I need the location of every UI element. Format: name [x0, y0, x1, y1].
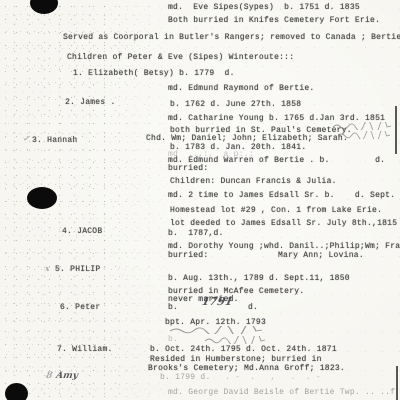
typed-text-line: Children: Duncan Francis & Julia. [170, 177, 337, 186]
typed-text-line: 3. Hannah [32, 136, 77, 145]
typed-text-line: 7. William. [57, 345, 113, 354]
ink-blot [5, 383, 28, 400]
ink-blot [30, 0, 58, 14]
typed-text-line: lot deeded to James Edsall Sr. July 8th.… [170, 219, 397, 228]
typed-text-line: Served as Coorporal in Butler's Rangers;… [63, 33, 400, 42]
typed-text-line: Homestead lot #29 , Con. 1 from Lake Eri… [170, 206, 382, 215]
scan-edge-mark [396, 366, 398, 400]
ink-blot [27, 187, 57, 209]
scanned-page: md. Eve Sipes(Sypes) b. 1751 d. 1835Both… [0, 0, 400, 400]
typed-text-line: md. 2 time to James Edsall Sr. b. d. Sep… [168, 191, 400, 200]
typed-text-line: 2. James . [65, 98, 116, 107]
typed-text-line: burried: [168, 164, 208, 173]
typed-text-line: Resided in Humberstone; burried in [150, 355, 322, 364]
typed-text-line: b. Aug. 13th., 1789 d. Sept.11, 1850 [168, 274, 350, 283]
typed-text-line: md. Dorothy Young ;whd. Danil..;Philip;W… [168, 242, 400, 251]
typed-text-line: b. 1799 d. [160, 373, 211, 382]
typed-text-line: b. 1787,d. [168, 229, 224, 238]
typed-text-line: 6. Peter [60, 303, 100, 312]
typed-text-line: Mary Ann; Lovina. [278, 251, 364, 260]
typed-text-line: b. [168, 335, 178, 344]
typed-text-line: Both burried in Knifes Cemetery Fort Eri… [168, 16, 380, 25]
typed-text-line: Brooks's Cemetery; Md.Anna Groff; 1823. [148, 364, 345, 373]
typed-text-line: Chd. Wm; Daniel; John; Elizabeth; Sarah. [146, 134, 348, 143]
typed-text-line: 1. Elizabeth( Betsy) b. 1779 d. [73, 69, 235, 78]
typed-text-line: 5. PHILIP [55, 265, 100, 274]
handwritten-annotation: ✓ [22, 134, 30, 143]
typed-text-line: d. [248, 303, 258, 312]
typed-text-line: md. George David Beisle of Bertie Twp. .… [168, 388, 395, 397]
typed-text-line: b. 1762 d. June 27th. 1858 [170, 100, 301, 109]
handwriting-squiggle [338, 131, 390, 139]
typed-text-line: md. Edmund Raymond of Bertie. [168, 84, 314, 93]
handwriting-squiggle [333, 122, 391, 130]
typed-text-line: Children of Peter & Eve (Sipes) Winterou… [67, 53, 294, 62]
handwritten-annotation: 8 [45, 372, 53, 381]
handwritten-annotation: x [44, 264, 50, 273]
typed-text-line: b. [168, 303, 178, 312]
typed-text-line: burried: [168, 251, 208, 260]
handwriting-squiggle [170, 326, 262, 334]
typed-text-line: md. Eve Sipes(Sypes) b. 1751 d. 1835 [168, 3, 360, 12]
typed-text-line: b. Oct. 24th. 1795 d. Oct. 24th. 1871 [150, 345, 337, 354]
handwritten-annotation: 1791 [201, 297, 233, 306]
handwriting-squiggle [205, 336, 265, 344]
scan-edge-mark [395, 106, 397, 154]
typed-text-line: 4. JACOB [62, 227, 102, 236]
typed-text-line: . - . , . . - [225, 373, 321, 382]
handwritten-annotation: Amy [55, 372, 78, 381]
